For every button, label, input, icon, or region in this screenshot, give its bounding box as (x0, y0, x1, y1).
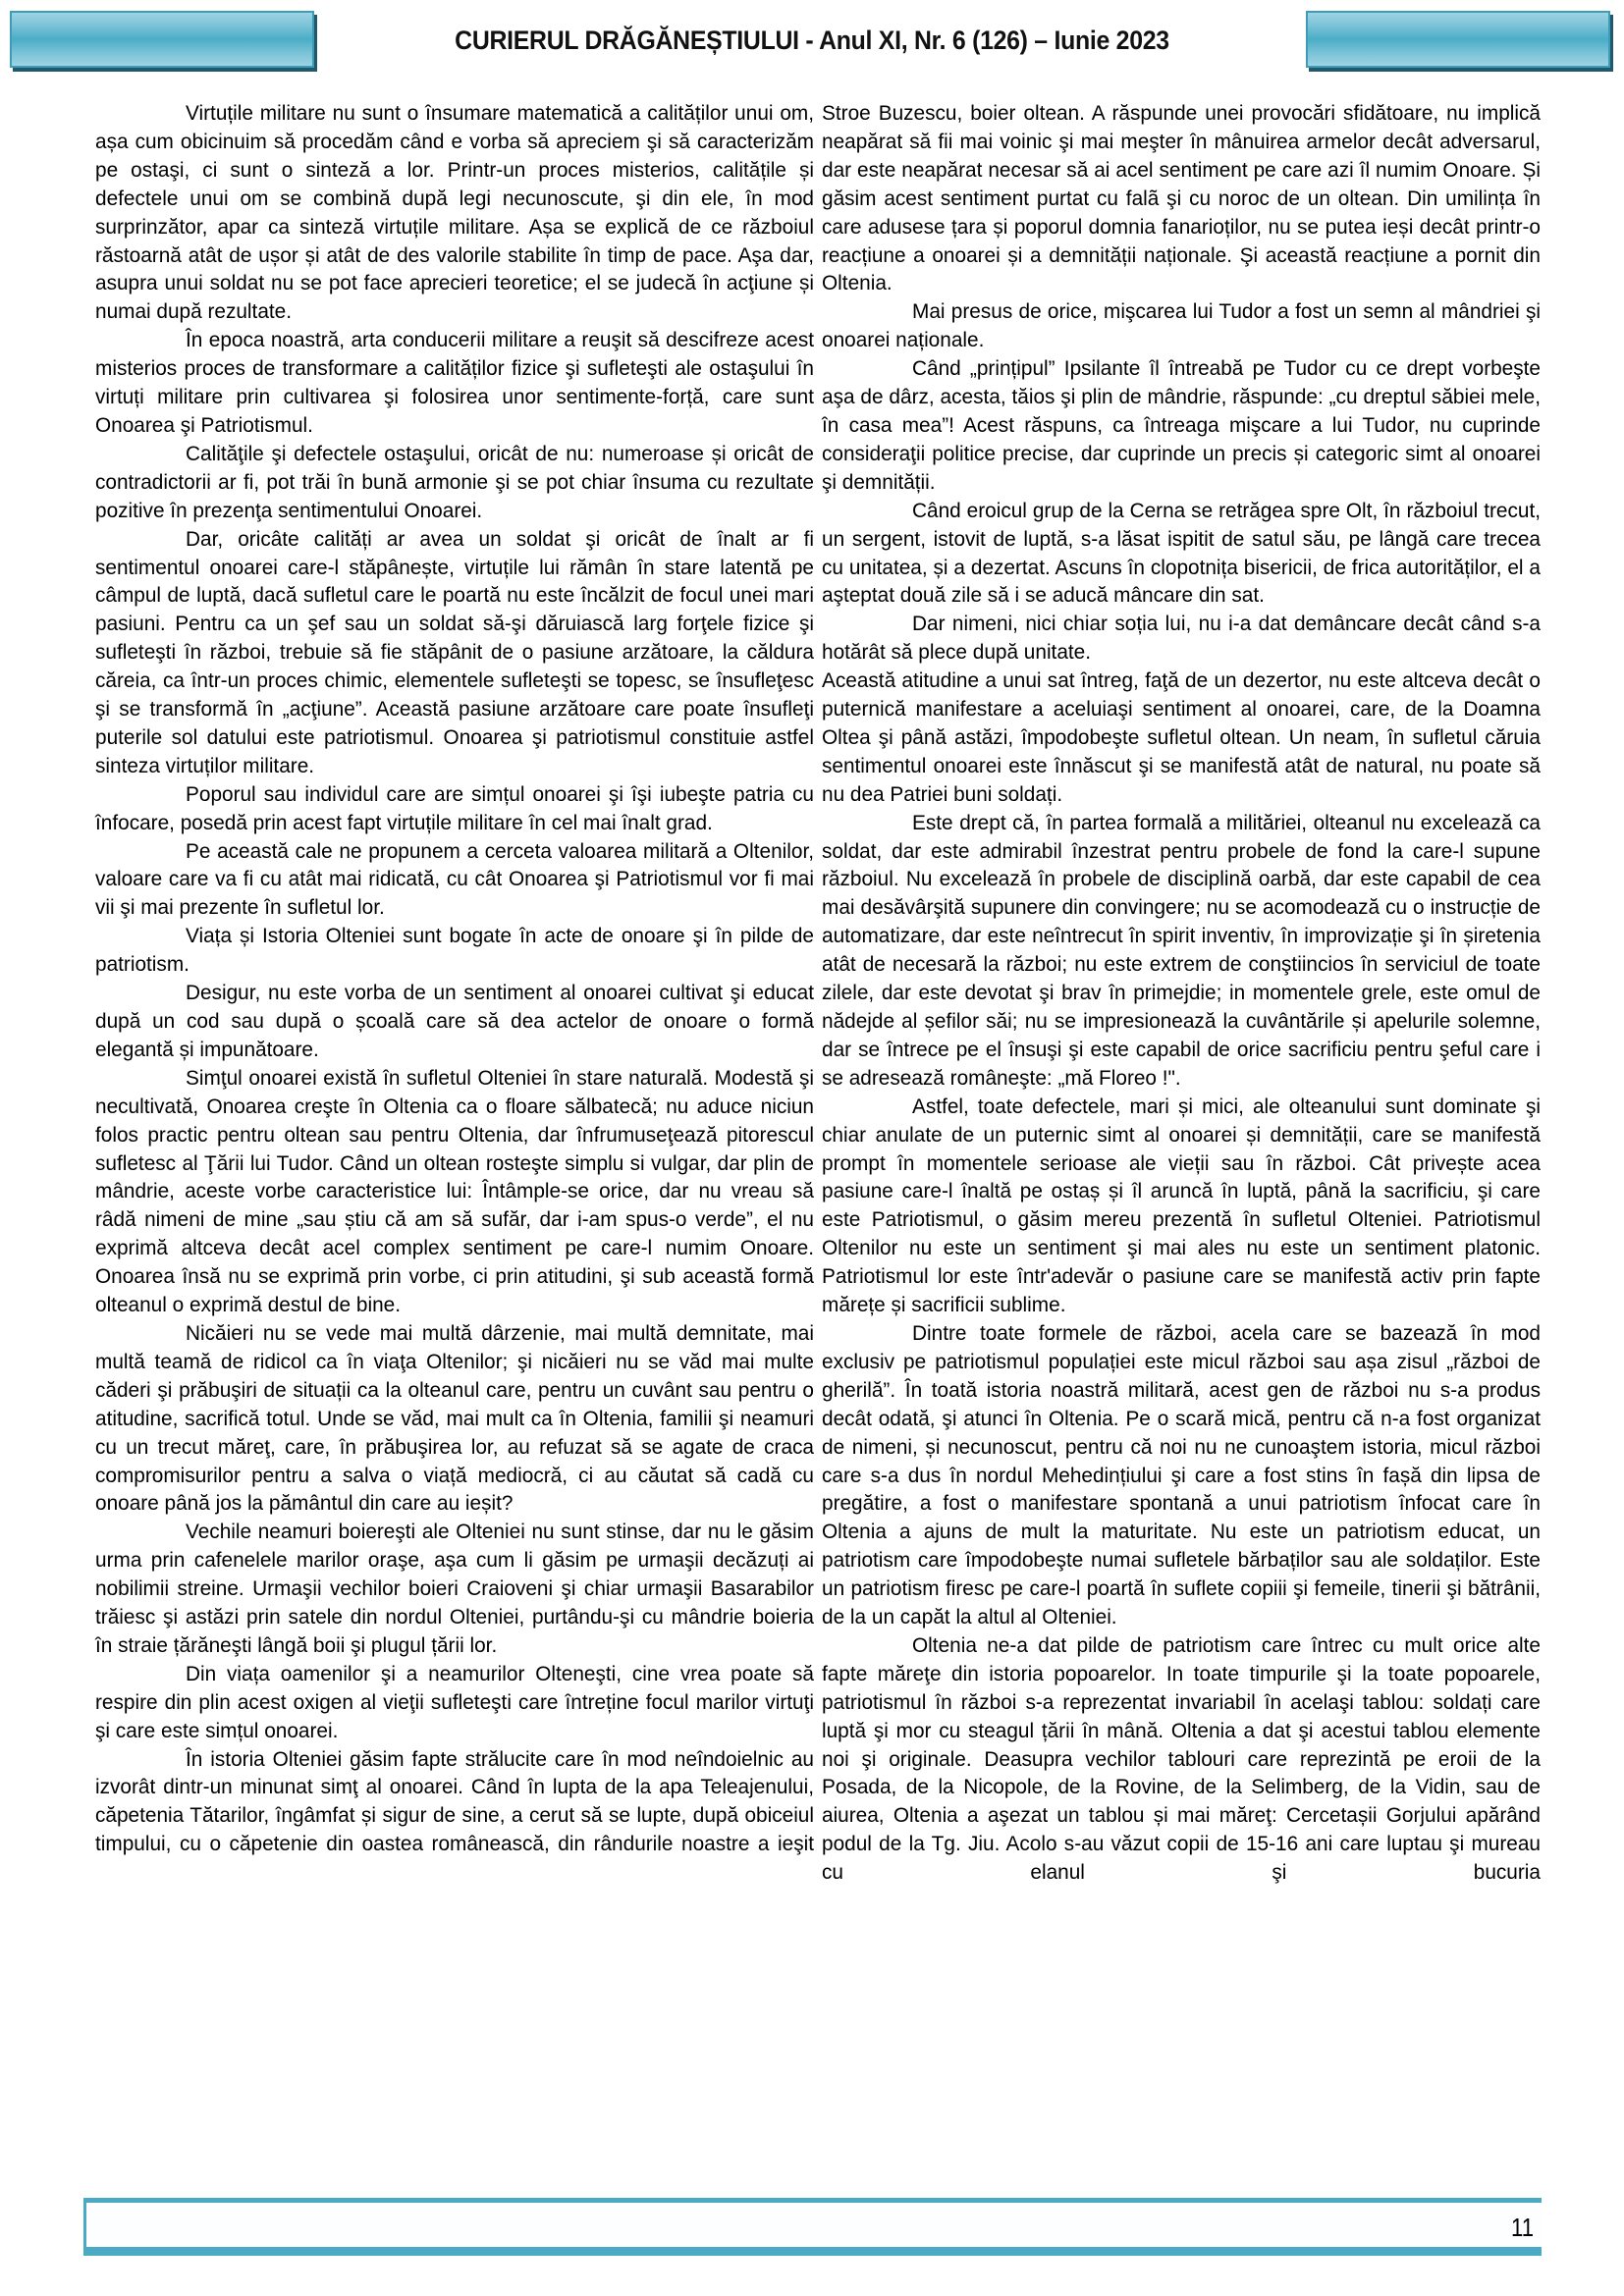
header-decoration-right (1306, 11, 1610, 68)
paragraph: Când „prințipul” Ipsilante îl întreabă p… (822, 355, 1541, 498)
paragraph: Virtuțile militare nu sunt o însumare ma… (95, 100, 814, 327)
paragraph: În istoria Olteniei găsim fapte străluci… (95, 1746, 814, 1860)
paragraph: Mai presus de orice, mişcarea lui Tudor … (822, 298, 1541, 355)
paragraph: Această atitudine a unui sat întreg, faţ… (822, 667, 1541, 810)
page-number: 11 (1511, 2213, 1534, 2243)
page-title: CURIERUL DRĂGĂNEȘTIULUI - Anul XI, Nr. 6… (372, 26, 1252, 56)
paragraph: Poporul sau individul care are simțul on… (95, 781, 814, 838)
paragraph: Dar, oricâte calități ar avea un soldat … (95, 526, 814, 781)
paragraph: Oltenia ne-a dat pilde de patriotism car… (822, 1632, 1541, 1888)
article-column-right: Stroe Buzescu, boier oltean. A răspunde … (822, 100, 1541, 1888)
paragraph: Dintre toate formele de război, acela ca… (822, 1320, 1541, 1632)
paragraph: Calităţile şi defectele ostaşului, oricâ… (95, 441, 814, 526)
paragraph: Stroe Buzescu, boier oltean. A răspunde … (822, 100, 1541, 298)
paragraph: Din viața oamenilor şi a neamurilor Olte… (95, 1661, 814, 1746)
paragraph: În epoca noastră, arta conducerii milita… (95, 327, 814, 441)
paragraph: Desigur, nu este vorba de un sentiment a… (95, 980, 814, 1065)
page-footer: 11 (83, 2198, 1542, 2256)
paragraph: Pe această cale ne propunem a cerceta va… (95, 838, 814, 924)
paragraph: Vechile neamuri boiereşti ale Olteniei n… (95, 1519, 814, 1661)
paragraph: Astfel, toate defectele, mari și mici, a… (822, 1094, 1541, 1320)
paragraph: Simţul onoarei există în sufletul Olteni… (95, 1065, 814, 1320)
article-column-left: Virtuțile militare nu sunt o însumare ma… (95, 100, 814, 1859)
paragraph: Când eroicul grup de la Cerna se retrăge… (822, 498, 1541, 612)
paragraph: Viața și Istoria Olteniei sunt bogate în… (95, 923, 814, 980)
header-decoration-left (10, 11, 314, 68)
paragraph: Nicăieri nu se vede mai multă dârzenie, … (95, 1320, 814, 1519)
paragraph: Dar nimeni, nici chiar soția lui, nu i-a… (822, 611, 1541, 667)
paragraph: Este drept că, în partea formală a milit… (822, 810, 1541, 1094)
